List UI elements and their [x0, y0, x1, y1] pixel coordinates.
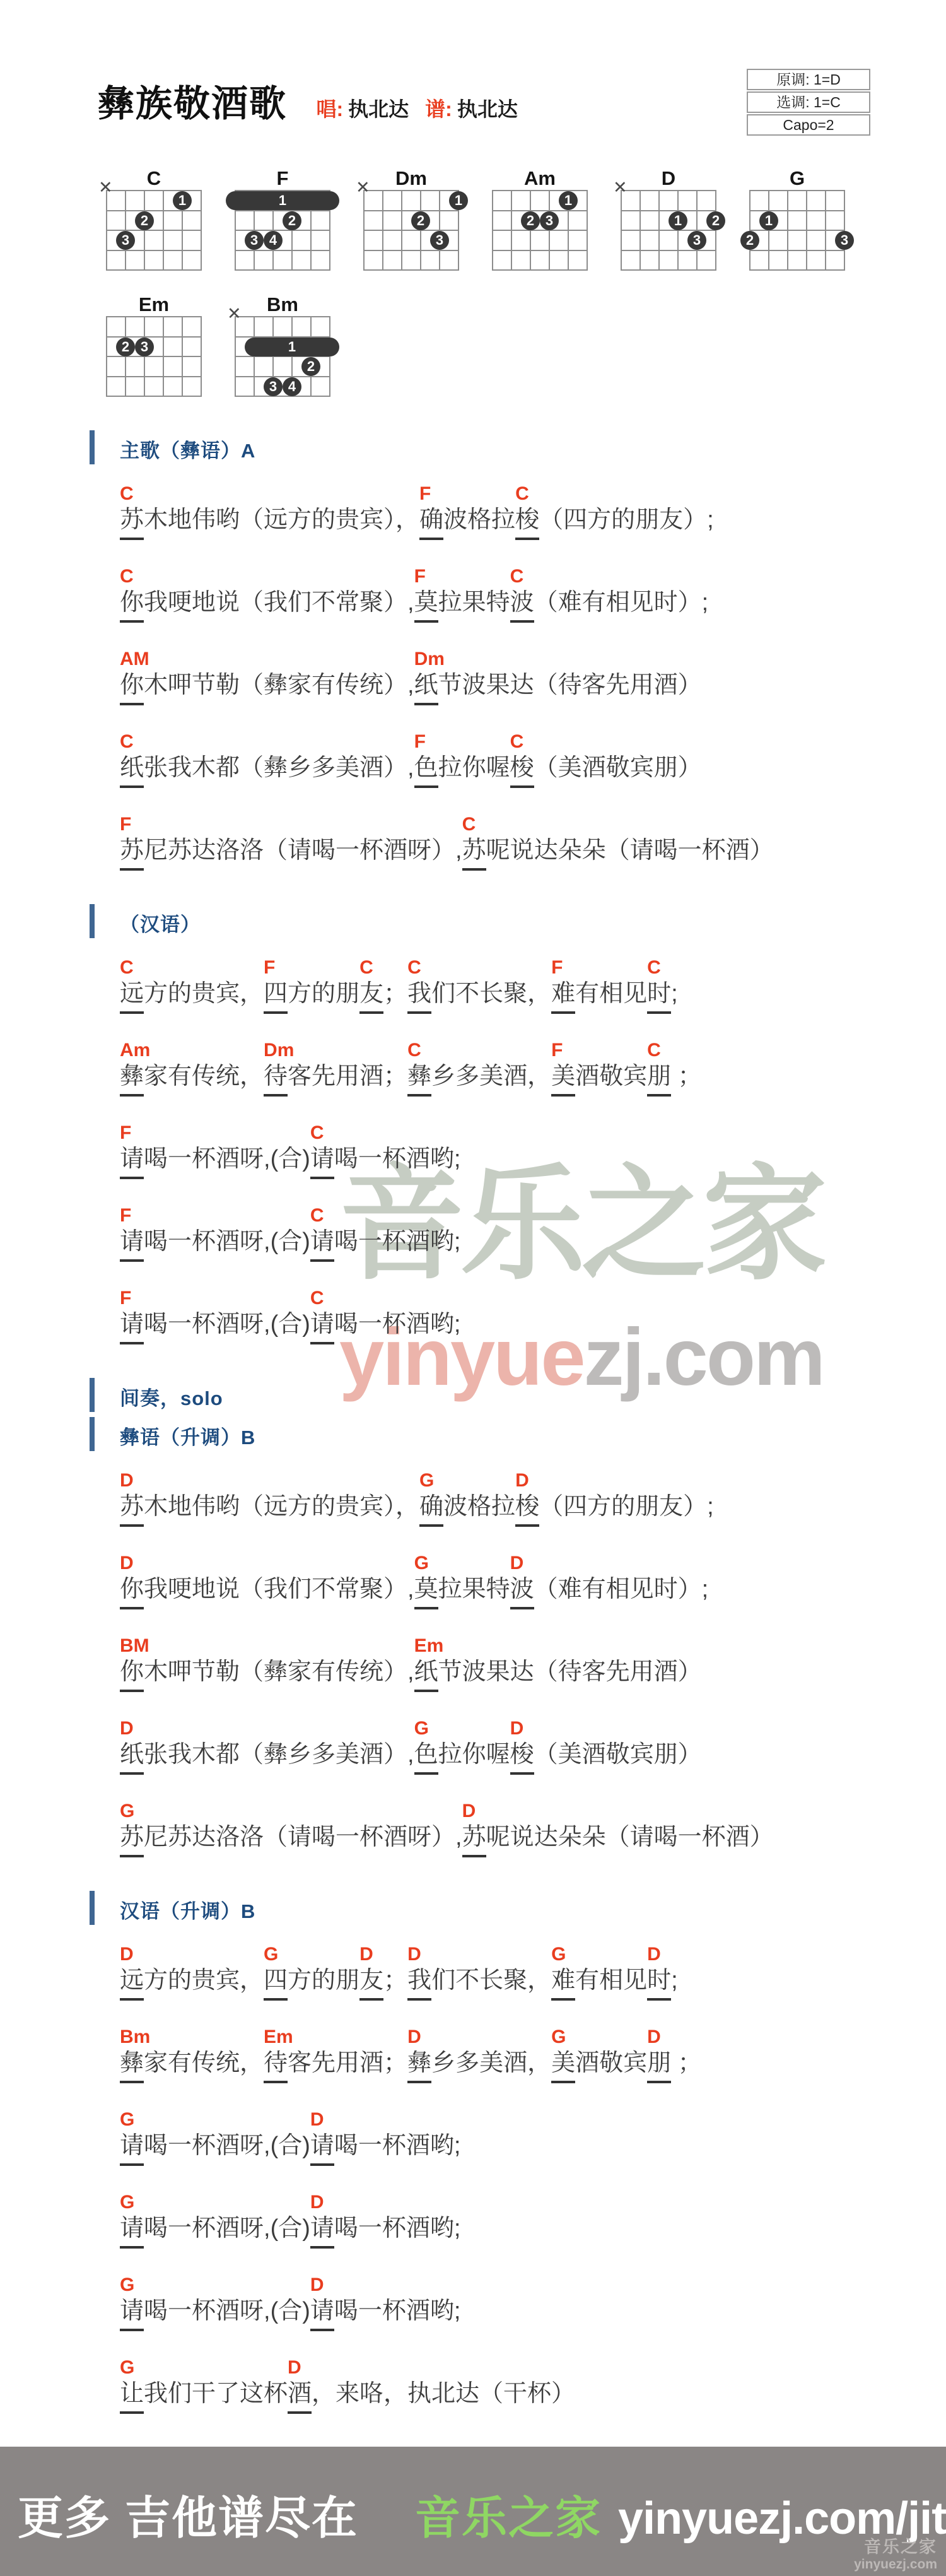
lyric-segment: 时C [647, 979, 671, 1014]
lyric-segment: 家有传统， [144, 2049, 264, 2078]
muted-string-marker: ✕ [98, 178, 113, 197]
lyric-segment: 波格拉 [443, 505, 515, 534]
chord-symbol: AM [120, 649, 149, 669]
lyric-segment: 喝一杯酒哟; [334, 2214, 461, 2243]
fret-line [106, 190, 202, 191]
lyric-segment: 们不长聚， [431, 979, 551, 1008]
fret-line [621, 250, 716, 251]
chord-chart-F: F1234 [235, 167, 330, 271]
lyric-line: 请F喝一杯酒呀,(合)请C喝一杯酒哟; [120, 1207, 908, 1262]
chord-symbol: C [407, 958, 421, 978]
lyric-segment: 色G [414, 1740, 438, 1775]
chord-chart-G: G123 [749, 167, 845, 271]
lyric-segment: 乡多美酒， [431, 2049, 551, 2078]
lyric-segment: 喝一杯酒哟; [334, 2131, 461, 2160]
section-marker-bar [90, 1417, 95, 1451]
lyric-line: 苏G尼苏达洛洛（请喝一杯酒呀）,苏D呢说达朵朵（请喝一杯酒） [120, 1803, 908, 1857]
section-hanyu-up-b: 汉语（升调）B远D方的贵宾，四G方的朋友D；我D们不长聚，难G有相见时D;彝Bm… [120, 1895, 908, 2414]
fret-line [106, 396, 202, 397]
original-key: 原调: 1=D [747, 69, 870, 90]
chord-symbol: C [310, 1123, 324, 1143]
chord-symbol: G [414, 1553, 429, 1573]
chord-name: Em [106, 293, 202, 316]
lyric-sections: 主歌（彝语）A苏C木地伟哟（远方的贵宾），确F波格拉梭C（四方的朋友）;你C我哽… [120, 435, 946, 2414]
section-marker-bar [90, 1378, 95, 1412]
lyric-segment: 你AM [120, 671, 144, 705]
finger-dot: 4 [283, 377, 301, 396]
lyric-segment: 纸C [120, 753, 144, 788]
chord-symbol: C [407, 1040, 421, 1061]
lyric-segment: 苏C [120, 505, 144, 540]
lyric-segment: 请D [310, 2131, 334, 2166]
lyric-segment: 纸Em [414, 1657, 438, 1692]
lyric-segment: 友D [359, 1966, 383, 2001]
lyric-segment: 喝一杯酒呀,(合) [144, 2297, 310, 2326]
fret-line [749, 190, 845, 191]
lyric-segment: 美G [551, 2049, 575, 2083]
lyric-segment: 客先用酒； [288, 1062, 407, 1091]
chord-chart-Em: Em23 [106, 293, 202, 397]
section-header: 间奏，solo [120, 1382, 908, 1405]
chord-symbol: D [310, 2275, 324, 2295]
lyric-segment: 节波果达（待客先用酒） [438, 671, 702, 700]
fret-line [235, 396, 330, 397]
lyric-segment: 四F [264, 979, 288, 1014]
chord-sheet-page: { "colors":{ "chord_red":"#e93d1f","sect… [0, 0, 946, 2576]
lyric-line: 请G喝一杯酒呀,(合)请D喝一杯酒哟; [120, 2276, 908, 2331]
fretboard-grid: ✕123 [621, 190, 716, 271]
lyric-segment: 节波果达（待客先用酒） [438, 1657, 702, 1686]
fretboard-grid: ✕1234 [235, 316, 330, 397]
section-yi-up-b: 彝语（升调）B苏D木地伟哟（远方的贵宾），确G波格拉梭D（四方的朋友）;你D我哽… [120, 1421, 908, 1857]
chord-symbol: F [120, 815, 131, 835]
fret-line [106, 376, 202, 377]
fret-line [363, 230, 459, 231]
chord-chart-Bm: Bm✕1234 [235, 293, 330, 397]
fret-line [749, 210, 845, 211]
finger-dot: 2 [411, 211, 430, 230]
chord-name: Am [492, 167, 588, 190]
lyric-line: 苏F尼苏达洛洛（请喝一杯酒呀）,苏C呢说达朵朵（请喝一杯酒） [120, 816, 908, 871]
lyric-segment: 尼苏达洛洛（请喝一杯酒呀）, [144, 1823, 462, 1852]
lyric-segment: 我哽地说（我们不常聚）, [144, 1575, 414, 1604]
fret-line [621, 210, 716, 211]
chord-symbol: F [120, 1123, 131, 1143]
fret-line [106, 210, 202, 211]
chord-symbol: D [120, 1944, 134, 1965]
section-marker-bar [90, 1891, 95, 1925]
lyric-segment: 方的贵宾， [144, 1966, 264, 1995]
chord-chart-C: C✕123 [106, 167, 202, 271]
chord-name: C [106, 167, 202, 190]
lyric-line: 远C方的贵宾，四F方的朋友C；我C们不长聚，难F有相见时C; [120, 959, 908, 1014]
lyric-line: 苏D木地伟哟（远方的贵宾），确G波格拉梭D（四方的朋友）; [120, 1472, 908, 1527]
chord-symbol: G [120, 2110, 134, 2130]
section-header-label: （汉语） [120, 914, 201, 936]
chord-symbol: Dm [264, 1040, 294, 1061]
lyric-segment: 时D [647, 1966, 671, 2001]
chord-symbol: C [462, 815, 476, 835]
lyric-segment: 苏F [120, 836, 144, 871]
section-marker-bar [90, 430, 95, 464]
chord-symbol: F [414, 732, 426, 752]
chord-symbol: D [647, 1944, 661, 1965]
lyric-line: 请F喝一杯酒呀,(合)请C喝一杯酒哟; [120, 1290, 908, 1344]
lyric-segment: 远D [120, 1966, 144, 2001]
barre-bar: 1 [226, 191, 339, 210]
section-verse-yi-a: 主歌（彝语）A苏C木地伟哟（远方的贵宾），确F波格拉梭C（四方的朋友）;你C我哽… [120, 435, 908, 871]
chord-symbol: F [120, 1206, 131, 1226]
footer-brand-text: 音乐之家 [415, 2481, 602, 2547]
lyric-segment: 波D [510, 1575, 534, 1609]
lyric-segment: 我哽地说（我们不常聚）, [144, 588, 414, 617]
finger-dot: 3 [116, 231, 135, 250]
lyric-line: 你AM木呷节勒（彝家有传统）,纸Dm节波果达（待客先用酒） [120, 650, 908, 705]
chord-symbol: F [120, 1288, 131, 1309]
chord-chart-D: D✕123 [621, 167, 716, 271]
chord-symbol: D [359, 1944, 373, 1965]
chord-symbol: G [414, 1719, 429, 1739]
page-title: 彝族敬酒歌 [98, 74, 287, 127]
corner-brand: 音乐之家 [854, 2538, 937, 2557]
lyric-segment: 我们干了这杯 [144, 2379, 288, 2408]
lyric-segment: 方的贵宾， [144, 979, 264, 1008]
lyric-segment: 难F [551, 979, 575, 1014]
fret-line [235, 269, 330, 271]
footer-url-text: yinyuezj.com/jita [618, 2493, 946, 2544]
chord-symbol: F [551, 958, 563, 978]
lyric-segment: 确F [419, 505, 443, 540]
lyric-segment: 请C [310, 1144, 334, 1179]
lyric-line: 你D我哽地说（我们不常聚）,莫G拉果特波D（难有相见时）; [120, 1555, 908, 1609]
chord-symbol: G [120, 2358, 134, 2378]
chord-symbol: C [120, 732, 134, 752]
lyric-segment: 彝D [407, 2049, 431, 2083]
fret-line [235, 316, 330, 317]
chord-chart-Am: Am123 [492, 167, 588, 271]
lyric-segment: 呢说达朵朵（请喝一杯酒） [486, 1823, 774, 1852]
finger-dot: 3 [835, 231, 854, 250]
section-header-label: 彝语（升调）B [120, 1426, 255, 1449]
chord-symbol: C [510, 567, 524, 587]
lyric-segment: （美酒敬宾朋） [534, 1740, 702, 1769]
lyric-line: 请G喝一杯酒呀,(合)请D喝一杯酒哟; [120, 2194, 908, 2249]
chord-symbol: Am [120, 1040, 150, 1061]
lyric-segment: 喝一杯酒呀,(合) [144, 1310, 310, 1339]
fret-line [106, 336, 202, 338]
lyric-segment: 酒敬宾 [575, 2049, 647, 2078]
finger-dot: 2 [740, 231, 759, 250]
chord-symbol: G [120, 1801, 134, 1821]
lyric-segment: 你BM [120, 1657, 144, 1692]
fret-line [363, 269, 459, 271]
lyric-segment: 喝一杯酒呀,(合) [144, 1144, 310, 1173]
finger-dot: 2 [135, 211, 154, 230]
chord-symbol: F [414, 567, 426, 587]
lyric-segment: 苏C [462, 836, 486, 871]
chord-symbol: D [120, 1719, 134, 1739]
fret-line [106, 269, 202, 271]
selected-key: 选调: 1=C [747, 91, 870, 113]
lyric-segment: 确G [419, 1492, 443, 1527]
section-header: 彝语（升调）B [120, 1421, 908, 1444]
sheet-content: 彝族敬酒歌 唱:执北达谱:执北达 原调: 1=D 选调: 1=C Capo=2 … [0, 0, 946, 2414]
lyric-segment: 莫F [414, 588, 438, 623]
chord-name: F [235, 167, 330, 190]
credits: 唱:执北达谱:执北达 [316, 93, 534, 122]
chord-symbol: G [120, 2192, 134, 2213]
fret-line [235, 376, 330, 377]
lyric-segment: 请F [120, 1144, 144, 1179]
chord-symbol: G [419, 1471, 434, 1491]
chord-symbol: BM [120, 1636, 149, 1656]
sheet-header: 彝族敬酒歌 唱:执北达谱:执北达 原调: 1=D 选调: 1=C Capo=2 [0, 0, 946, 117]
chord-symbol: D [407, 1944, 421, 1965]
lyric-line: 彝Bm家有传统，待Em客先用酒；彝D乡多美酒，美G酒敬宾朋D ； [120, 2028, 908, 2083]
chord-symbol: C [120, 484, 134, 504]
lyric-segment: 呢说达朵朵（请喝一杯酒） [486, 836, 774, 865]
lyric-segment: 我D [407, 1966, 431, 2001]
section-header: （汉语） [120, 909, 908, 931]
section-header: 汉语（升调）B [120, 1895, 908, 1918]
lyric-line: 纸D张我木都（彝乡多美酒）,色G拉你喔梭D（美酒敬宾朋） [120, 1720, 908, 1775]
lyric-segment: 张我木都（彝乡多美酒）, [144, 753, 414, 782]
lyric-line: 苏C木地伟哟（远方的贵宾），确F波格拉梭C（四方的朋友）; [120, 485, 908, 540]
lyric-segment: 朋C [647, 1062, 671, 1097]
fretboard-grid: 123 [492, 190, 588, 271]
lyric-segment: 请F [120, 1310, 144, 1344]
lyric-segment: （四方的朋友）; [539, 1492, 714, 1521]
lyric-segment: 梭D [510, 1740, 534, 1775]
section-header-label: 主歌（彝语）A [120, 440, 255, 462]
fret-line [235, 250, 330, 251]
muted-string-marker: ✕ [613, 178, 628, 197]
lyric-segment: 苏G [120, 1823, 144, 1857]
fret-line [749, 230, 845, 231]
lyric-segment: 乡多美酒， [431, 1062, 551, 1091]
fret-line [621, 190, 716, 191]
lyric-segment: 彝Am [120, 1062, 144, 1097]
fretboard-grid: ✕123 [106, 190, 202, 271]
section-marker-bar [90, 904, 95, 938]
fretboard-grid: 123 [749, 190, 845, 271]
lyric-segment: （四方的朋友）; [539, 505, 714, 534]
fret-line [492, 250, 588, 251]
chord-symbol: G [120, 2275, 134, 2295]
lyric-segment: 拉你喔 [438, 753, 510, 782]
fret-line [621, 269, 716, 271]
finger-dot: 1 [173, 191, 192, 210]
lyric-segment: 彝Bm [120, 2049, 144, 2083]
lyric-segment: 美F [551, 1062, 575, 1097]
lyric-segment: 木地伟哟（远方的贵宾）， [144, 1492, 419, 1521]
finger-dot: 3 [687, 231, 706, 250]
muted-string-marker: ✕ [356, 178, 370, 197]
finger-dot: 3 [430, 231, 449, 250]
chord-symbol: D [462, 1801, 476, 1821]
lyric-line: 你C我哽地说（我们不常聚）,莫F拉果特波C（难有相见时）; [120, 568, 908, 623]
finger-dot: 1 [449, 191, 468, 210]
section-header-label: 间奏，solo [120, 1387, 223, 1409]
lyric-segment: 纸D [120, 1740, 144, 1775]
chord-symbol: Dm [414, 649, 445, 669]
chord-chart-Dm: Dm✕123 [363, 167, 459, 271]
chord-symbol: C [510, 732, 524, 752]
lyric-segment: 待Em [264, 2049, 288, 2083]
lyric-segment: 梭C [515, 505, 539, 540]
arranger-label: 谱: [425, 98, 452, 121]
chord-name: Bm [235, 293, 330, 316]
fret-line [106, 316, 202, 317]
fret-line [363, 210, 459, 211]
lyric-segment: 喝一杯酒呀,(合) [144, 2131, 310, 2160]
fret-line [749, 269, 845, 271]
fretboard-grid: 1234 [235, 190, 330, 271]
lyric-segment: 请D [310, 2297, 334, 2331]
lyric-line: 请F喝一杯酒呀,(合)请C喝一杯酒哟; [120, 1124, 908, 1179]
chord-symbol: D [515, 1471, 529, 1491]
finger-dot: 2 [283, 211, 301, 230]
finger-dot: 3 [245, 231, 264, 250]
lyric-line: 彝Am家有传统，待Dm客先用酒；彝C乡多美酒，美F酒敬宾朋C ； [120, 1042, 908, 1097]
lyric-segment: 请G [120, 2214, 144, 2249]
lyric-segment: 拉果特 [438, 588, 510, 617]
lyric-segment: 家有传统， [144, 1062, 264, 1091]
key-info-box: 原调: 1=D 选调: 1=C Capo=2 [747, 68, 870, 136]
lyric-segment: 波格拉 [443, 1492, 515, 1521]
section-interlude: 间奏，solo [120, 1382, 908, 1405]
lyric-segment: 喝一杯酒哟; [334, 2297, 461, 2326]
fret-line [492, 269, 588, 271]
chord-symbol: C [120, 958, 134, 978]
chord-symbol: Em [264, 2027, 293, 2047]
lyric-segment: 波C [510, 588, 534, 623]
section-header: 主歌（彝语）A [120, 435, 908, 457]
lyric-segment: ; [671, 979, 678, 1008]
lyric-segment: 苏D [462, 1823, 486, 1857]
finger-dot: 3 [264, 377, 283, 396]
lyric-segment: 你C [120, 588, 144, 623]
lyric-segment: 请G [120, 2297, 144, 2331]
fret-line [492, 230, 588, 231]
lyric-line: 纸C张我木都（彝乡多美酒）,色F拉你喔梭C（美酒敬宾朋） [120, 733, 908, 788]
singer-label: 唱: [316, 98, 343, 121]
fret-line [621, 230, 716, 231]
chord-symbol: F [419, 484, 431, 504]
chord-symbol: C [647, 958, 661, 978]
lyric-segment: 拉你喔 [438, 1740, 510, 1769]
chord-symbol: D [120, 1553, 134, 1573]
muted-string-marker: ✕ [227, 304, 242, 324]
lyric-segment: 有相见 [575, 1966, 647, 1995]
lyric-segment: （难有相见时）; [534, 588, 709, 617]
lyric-segment: ，来咯，执北达（干杯） [312, 2379, 575, 2408]
chord-symbol: C [310, 1288, 324, 1309]
lyric-segment: 酒D [288, 2379, 312, 2414]
fret-line [492, 190, 588, 191]
chord-symbol: D [120, 1471, 134, 1491]
lyric-segment: 莫G [414, 1575, 438, 1609]
lyric-segment: 方的朋 [288, 1966, 359, 1995]
lyric-segment: 你D [120, 1575, 144, 1609]
finger-dot: 3 [540, 211, 559, 230]
lyric-segment: 有相见 [575, 979, 647, 1008]
lyric-segment: 张我木都（彝乡多美酒）, [144, 1740, 414, 1769]
chord-symbol: D [407, 2027, 421, 2047]
fret-line [749, 250, 845, 251]
lyric-segment: ； [671, 2049, 702, 2078]
lyric-segment: 喝一杯酒哟; [334, 1310, 461, 1339]
lyric-segment: ； [383, 1966, 407, 1995]
chord-name: G [749, 167, 845, 190]
fret-line [363, 190, 459, 191]
chord-symbol: Bm [120, 2027, 150, 2047]
singer-value: 执北达 [348, 98, 409, 121]
lyric-segment: 四G [264, 1966, 288, 2001]
chord-symbol: D [510, 1719, 524, 1739]
finger-dot: 4 [264, 231, 283, 250]
lyric-line: 让G我们干了这杯酒D，来咯，执北达（干杯） [120, 2359, 908, 2414]
lyric-segment: 喝一杯酒哟; [334, 1144, 461, 1173]
lyric-segment: 梭C [510, 753, 534, 788]
chord-symbol: Em [414, 1636, 444, 1656]
section-header-label: 汉语（升调）B [120, 1900, 255, 1922]
lyric-segment: （美酒敬宾朋） [534, 753, 702, 782]
lyric-segment: ； [383, 979, 407, 1008]
chord-diagrams-row-2: Em23Bm✕1234 [106, 293, 946, 397]
footer-bar: 更多 吉他谱尽在 音乐之家 yinyuezj.com/jita 音乐之家 yin… [0, 2447, 946, 2576]
lyric-segment: 请C [310, 1310, 334, 1344]
lyric-line: 远D方的贵宾，四G方的朋友D；我D们不长聚，难G有相见时D; [120, 1946, 908, 2001]
lyric-segment: ； [671, 1062, 702, 1091]
chord-symbol: D [510, 1553, 524, 1573]
lyric-line: 你BM木呷节勒（彝家有传统）,纸Em节波果达（待客先用酒） [120, 1637, 908, 1692]
chord-symbol: C [515, 484, 529, 504]
corner-url: yinyuezj.com [854, 2557, 937, 2572]
lyric-segment: 色F [414, 753, 438, 788]
lyric-segment: 远C [120, 979, 144, 1014]
chord-symbol: C [120, 567, 134, 587]
chord-symbol: G [551, 1944, 566, 1965]
chord-symbol: D [310, 2110, 324, 2130]
lyric-segment: 酒敬宾 [575, 1062, 647, 1091]
fret-line [106, 356, 202, 357]
chord-symbol: C [359, 958, 373, 978]
section-hanyu: （汉语）远C方的贵宾，四F方的朋友C；我C们不长聚，难F有相见时C;彝Am家有传… [120, 909, 908, 1344]
chord-symbol: C [647, 1040, 661, 1061]
lyric-segment: 让G [120, 2379, 144, 2414]
lyric-segment: 方的朋 [288, 979, 359, 1008]
fret-line [492, 210, 588, 211]
chord-name: Dm [363, 167, 459, 190]
chord-symbol: F [551, 1040, 563, 1061]
arranger-value: 执北达 [457, 98, 518, 121]
fret-line [106, 230, 202, 231]
fretboard-grid: ✕123 [363, 190, 459, 271]
lyric-segment: 木地伟哟（远方的贵宾）， [144, 505, 419, 534]
lyric-segment: 苏D [120, 1492, 144, 1527]
lyric-segment: （难有相见时）; [534, 1575, 709, 1604]
lyric-segment: 请F [120, 1227, 144, 1262]
capo-setting: Capo=2 [747, 114, 870, 136]
lyric-segment: 木呷节勒（彝家有传统）, [144, 671, 414, 700]
lyric-segment: 喝一杯酒呀,(合) [144, 1227, 310, 1256]
lyric-segment: 友C [359, 979, 383, 1014]
lyric-segment: 朋D [647, 2049, 671, 2083]
lyric-segment: 喝一杯酒哟; [334, 1227, 461, 1256]
finger-dot: 1 [559, 191, 578, 210]
corner-watermark: 音乐之家 yinyuezj.com [854, 2538, 937, 2572]
